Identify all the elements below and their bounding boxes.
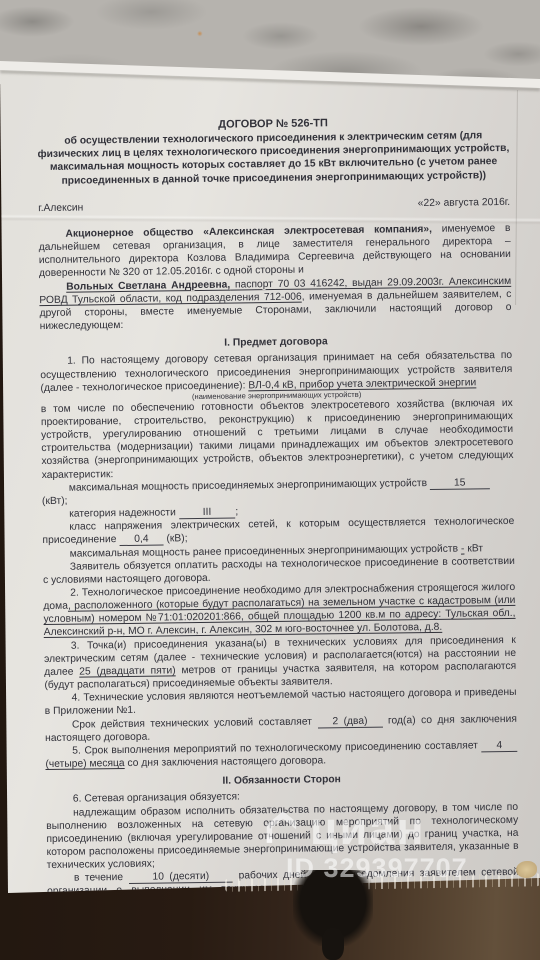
char4-blank-value: -	[461, 543, 465, 554]
contract-date: «22» августа 2016г.	[418, 196, 511, 210]
paragraph-3: 3. Точка(и) присоединения указана(ы) в т…	[44, 633, 517, 692]
paragraph-6b-pre: в течение	[74, 872, 123, 884]
paragraph-5-underlined-months: (четыре) месяца	[45, 758, 124, 770]
paragraph-6b-blank-value: 10 (десяти)	[128, 871, 233, 884]
paragraph-4b-text: Срок действия технических условий состав…	[72, 716, 312, 730]
cian-brand-text: циан	[310, 806, 426, 852]
paragraph-parties-org: Акционерное общество «Алексинская электр…	[38, 222, 511, 281]
paragraph-1-underlined-value: ВЛ-0,4 кВ, прибор учета электрической эн…	[248, 377, 476, 391]
char3-blank-value: 0,4	[119, 534, 163, 547]
photo-of-contract-page: ДОГОВОР № 526-ТП об осуществлении технол…	[0, 0, 540, 960]
contract-subtitle: об осуществлении технологического присое…	[37, 129, 510, 188]
paragraph-4b-blank-value: 2 (два)	[317, 715, 382, 728]
cian-watermark-id: ID 329397707	[262, 853, 502, 884]
person-name-bold-underlined: Вольных Светлана Андреевна,	[66, 279, 230, 292]
paper-right-edge-line	[515, 90, 518, 305]
char2-label: категория надежности	[69, 507, 176, 519]
char1-label: максимальная мощность присоединяемых эне…	[69, 478, 427, 494]
paragraph-2-underlined-address: , расположенного (которые будут располаг…	[43, 595, 515, 638]
dark-object-stem	[322, 928, 344, 960]
char1-blank-value: 15	[430, 477, 490, 490]
contract-city: г.Алексин	[38, 201, 83, 215]
paragraph-5-blank-value: 4	[481, 740, 517, 752]
paragraph-1: 1. По настоящему договору сетевая органи…	[40, 349, 512, 395]
char3-suffix: (кВ);	[166, 534, 187, 545]
cian-watermark: циан ID 329397707	[262, 806, 502, 884]
char4-suffix: кВт	[467, 543, 483, 554]
paragraph-3-underlined-distance: 25 (двадцати пяти)	[79, 665, 176, 677]
char2-suffix: ;	[235, 507, 238, 518]
paragraph-2: 2. Технологическое присоединение необход…	[43, 581, 516, 640]
paragraph-5: 5. Срок выполнения мероприятий по технол…	[45, 739, 517, 771]
city-date-line: г.Алексин«22» августа 2016г.	[38, 196, 510, 215]
cian-house-icon	[262, 807, 300, 852]
cian-watermark-row: циан	[262, 806, 502, 852]
char2-blank-value: III	[179, 507, 236, 520]
paragraph-parties-person: Вольных Светлана Андреевна, паспорт 70 0…	[39, 274, 512, 333]
paper-corner-stain	[516, 861, 537, 878]
paragraph-5-rest: со дня заключения настоящего договора.	[125, 755, 327, 769]
paragraph-1b: в том числе по обеспечению готовности об…	[41, 397, 514, 482]
char1-suffix: (кВт);	[42, 496, 68, 507]
